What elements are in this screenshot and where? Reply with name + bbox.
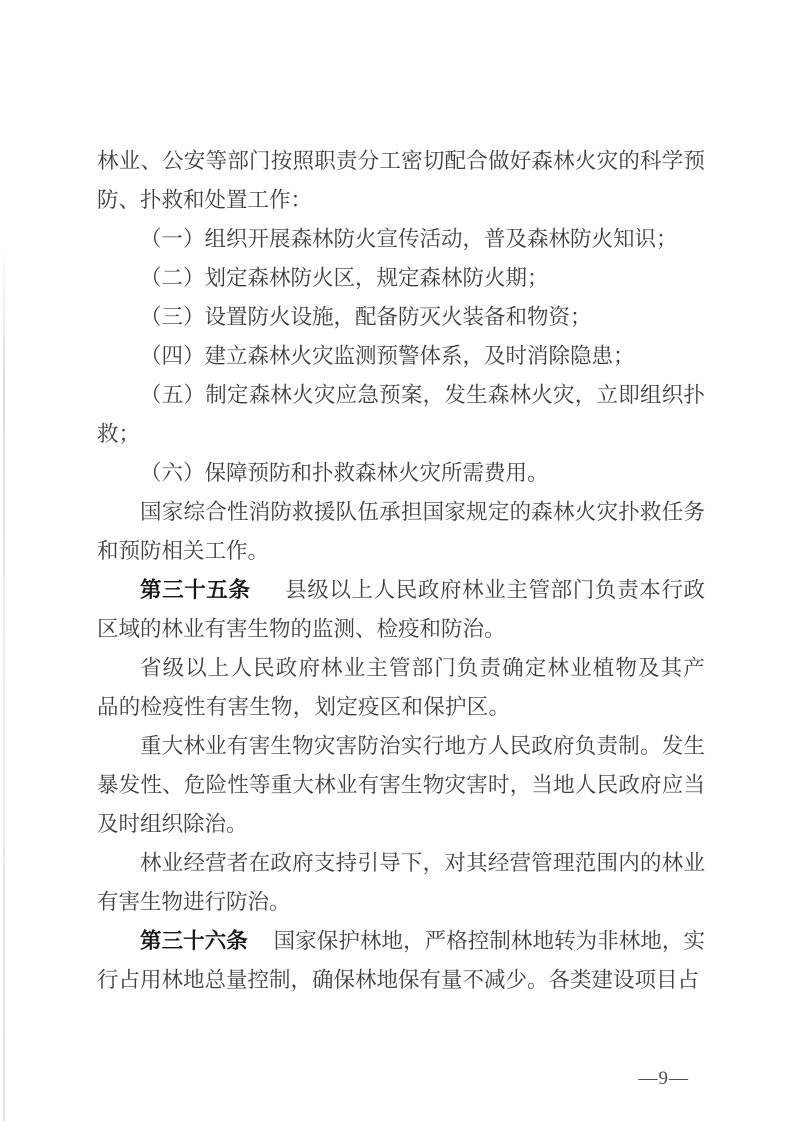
list-item-1: （一）组织开展森林防火宣传活动，普及森林防火知识； (97, 220, 705, 259)
paragraph-forest-operators-pest-control: 林业经营者在政府支持引导下，对其经营管理范围内的林业有害生物进行防治。 (97, 844, 705, 922)
document-body: 林业、公安等部门按照职责分工密切配合做好森林火灾的科学预防、扑救和处置工作： （… (97, 142, 705, 1000)
list-item-3: （三）设置防火设施，配备防灭火装备和物资； (97, 298, 705, 337)
paragraph-pest-disaster-response: 重大林业有害生物灾害防治实行地方人民政府负责制。发生暴发性、危险性等重大林业有害… (97, 727, 705, 844)
list-item-6: （六）保障预防和扑救森林火灾所需费用。 (97, 454, 705, 493)
article-36-number: 第三十六条 (140, 929, 248, 953)
paragraph-rescue-teams: 国家综合性消防救援队伍承担国家规定的森林火灾扑救任务和预防相关工作。 (97, 493, 705, 571)
list-item-5: （五）制定森林火灾应急预案，发生森林火灾，立即组织扑救； (97, 376, 705, 454)
paragraph-fire-duties-continued: 林业、公安等部门按照职责分工密切配合做好森林火灾的科学预防、扑救和处置工作： (97, 142, 705, 220)
scanned-document-page: 林业、公安等部门按照职责分工密切配合做好森林火灾的科学预防、扑救和处置工作： （… (0, 0, 793, 1121)
article-36-paragraph: 第三十六条国家保护林地，严格控制林地转为非林地，实行占用林地总量控制，确保林地保… (97, 922, 705, 1000)
list-item-2: （二）划定森林防火区，规定森林防火期； (97, 259, 705, 298)
article-35-number: 第三十五条 (140, 578, 251, 602)
list-item-4: （四）建立森林火灾监测预警体系，及时消除隐患； (97, 337, 705, 376)
article-35-paragraph: 第三十五条县级以上人民政府林业主管部门负责本行政区域的林业有害生物的监测、检疫和… (97, 571, 705, 649)
scan-edge-artifact (3, 255, 5, 1121)
page-number: —9— (639, 1067, 690, 1091)
paragraph-provincial-quarantine: 省级以上人民政府林业主管部门负责确定林业植物及其产品的检疫性有害生物，划定疫区和… (97, 649, 705, 727)
